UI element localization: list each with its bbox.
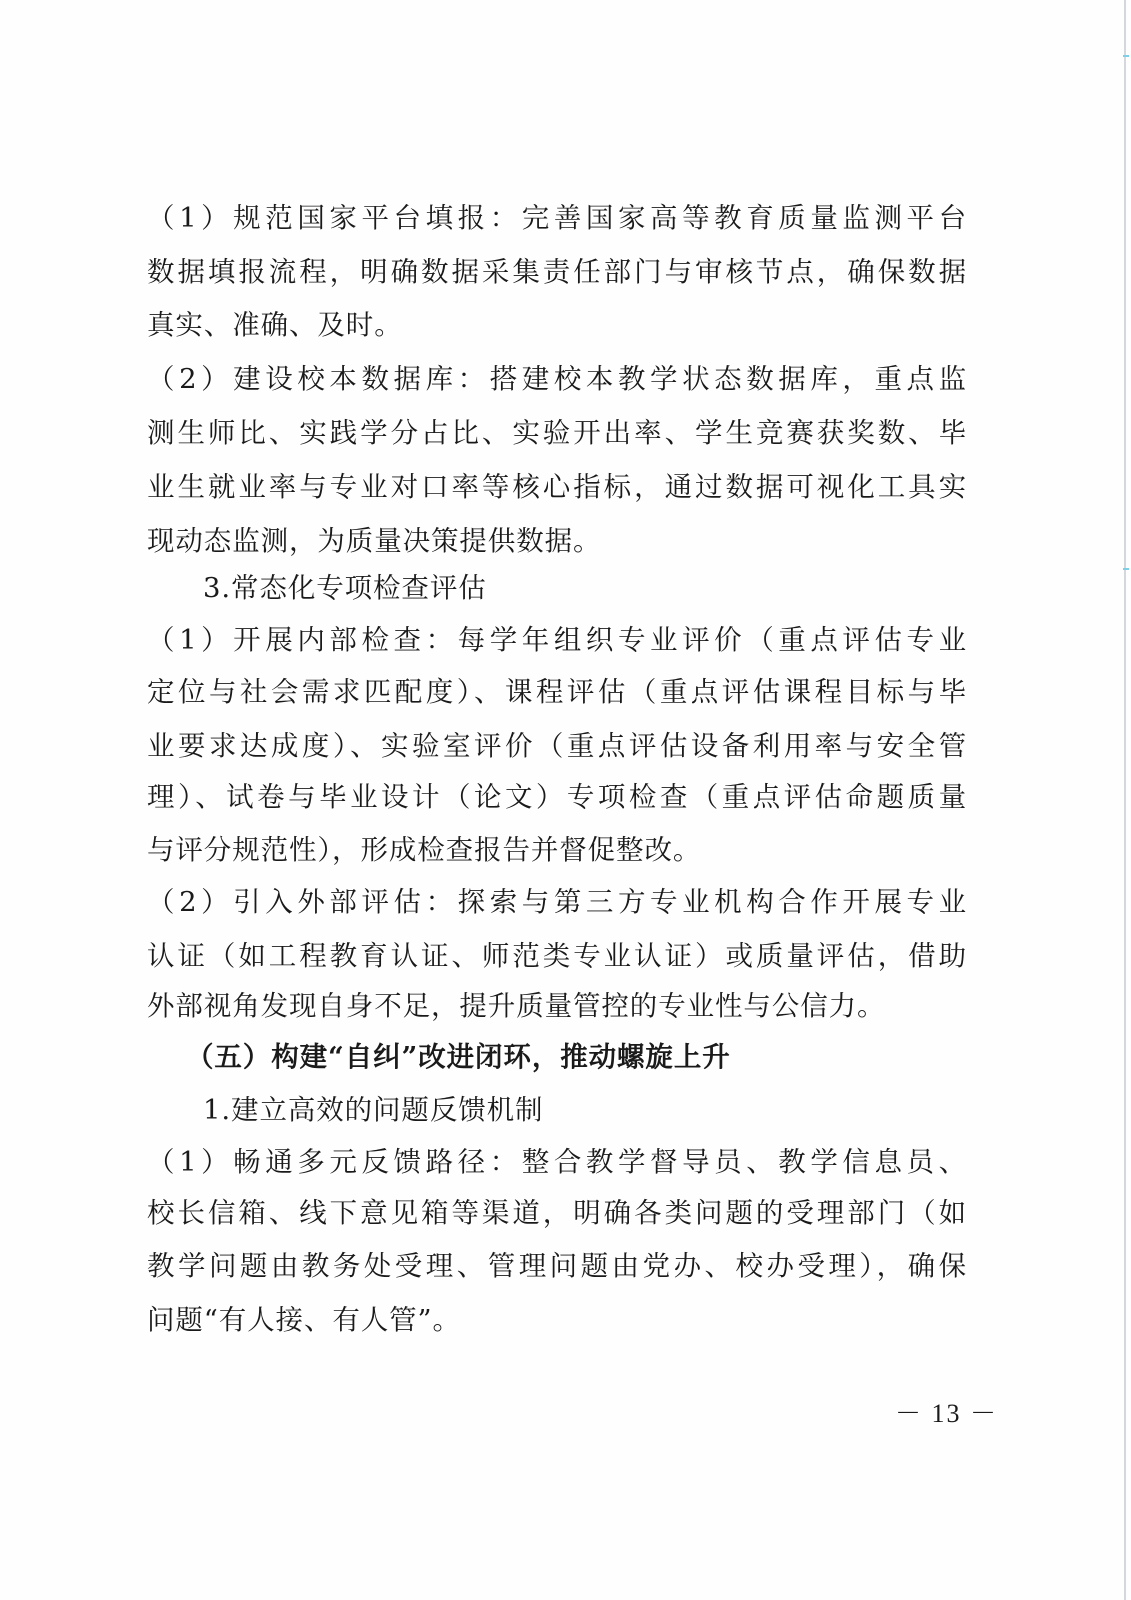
text-line: 问题“有人接、有人管”。 [147, 1300, 967, 1340]
text-line: （1）规范国家平台填报：完善国家高等教育质量监测平台 [147, 198, 967, 238]
text-line: 真实、准确、及时。 [147, 305, 967, 345]
text-line: 业要求达成度）、实验室评价（重点评估设备利用率与安全管 [147, 726, 967, 766]
text-line: 现动态监测，为质量决策提供数据。 [147, 521, 967, 561]
section-heading-5: （五）构建“自纠”改进闭环，推动螺旋上升 [186, 1037, 731, 1077]
scan-edge-mark [1123, 568, 1129, 570]
text-line: 认证（如工程教育认证、师范类专业认证）或质量评估，借助 [147, 936, 967, 976]
scan-edge-mark [1123, 55, 1129, 57]
text-line: （1）开展内部检查：每学年组织专业评价（重点评估专业 [147, 620, 967, 660]
scan-edge-line [1124, 0, 1126, 1600]
text-line: 与评分规范性），形成检查报告并督促整改。 [147, 830, 967, 870]
text-line: 测生师比、实践学分占比、实验开出率、学生竞赛获奖数、毕 [147, 413, 967, 453]
subsection-heading-1: 1.建立高效的问题反馈机制 [203, 1090, 543, 1130]
text-line: 理）、试卷与毕业设计（论文）专项检查（重点评估命题质量 [147, 777, 967, 817]
text-line: （2）引入外部评估：探索与第三方专业机构合作开展专业 [147, 882, 967, 922]
section-heading-3: 3.常态化专项检查评估 [203, 568, 487, 608]
text-line: 外部视角发现自身不足，提升质量管控的专业性与公信力。 [147, 986, 967, 1026]
text-line: 定位与社会需求匹配度）、课程评估（重点评估课程目标与毕 [147, 672, 967, 712]
text-line: （2）建设校本数据库：搭建校本教学状态数据库，重点监 [147, 359, 967, 399]
text-line: 业生就业率与专业对口率等核心指标，通过数据可视化工具实 [147, 467, 967, 507]
text-line: 教学问题由教务处受理、管理问题由党办、校办受理），确保 [147, 1246, 967, 1286]
text-line: （1）畅通多元反馈路径：整合教学督导员、教学信息员、 [147, 1142, 967, 1182]
document-page: （1）规范国家平台填报：完善国家高等教育质量监测平台 数据填报流程，明确数据采集… [0, 0, 1131, 1600]
page-number: － 13 － [895, 1396, 998, 1432]
text-line: 校长信箱、线下意见箱等渠道，明确各类问题的受理部门（如 [147, 1193, 967, 1233]
text-line: 数据填报流程，明确数据采集责任部门与审核节点，确保数据 [147, 252, 967, 292]
